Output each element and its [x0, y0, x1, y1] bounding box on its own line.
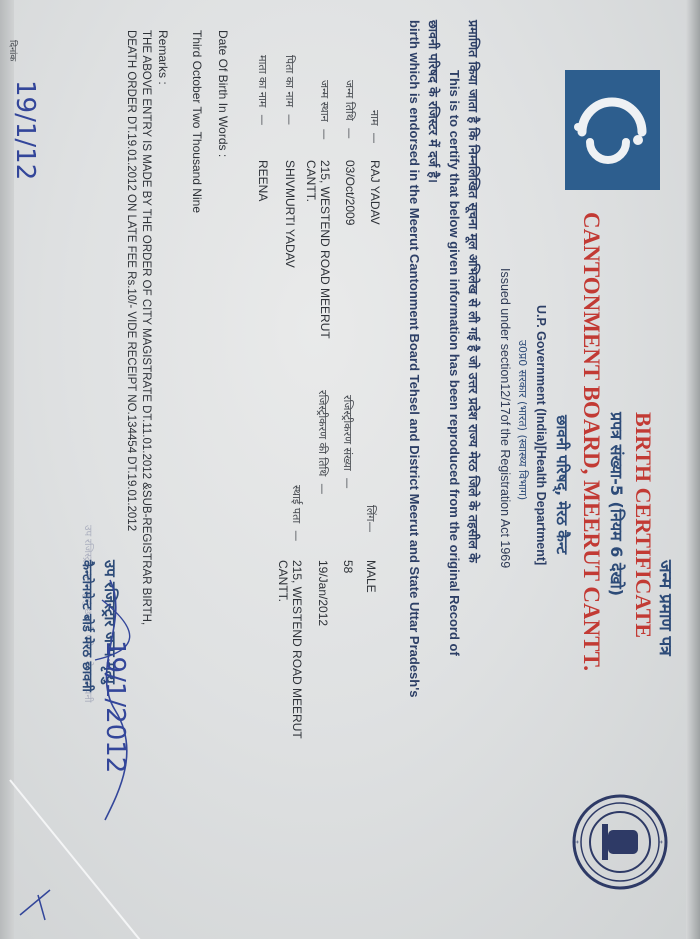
field-label-birthplace: जन्म स्थान —	[317, 80, 332, 140]
issuer-hindi: छावनी परिषद्, मेरठ कैन्ट	[552, 415, 572, 554]
field-value-sex: MALE	[364, 560, 378, 593]
field-label-permanent-address: स्थाई पता —	[289, 485, 304, 541]
field-value-name: RAJ YADAV	[368, 160, 382, 225]
field-label-dob: जन्म तिथि —	[342, 80, 357, 139]
certification-hindi-line-1: प्रमाणित किया जाता है कि निम्नलिखित सूचन…	[465, 20, 482, 563]
field-value-registration-number: 58	[341, 560, 355, 573]
form-number: प्रपत्र संख्या-5 (नियम 6 देखो)	[606, 412, 628, 596]
govt-line-hindi: उ0प्र0 सरकार (भारत) (स्वास्थ्य विभाग)	[515, 340, 530, 500]
field-value-birthplace-line2: CANTT.	[304, 160, 318, 202]
act-line: Issued under section12/17of the Registra…	[498, 268, 512, 568]
remarks-line-1: THE ABOVE ENTRY IS MADE BY THE ORDER OF …	[140, 30, 152, 625]
issue-date-handwritten: 19/1/12	[10, 80, 40, 180]
certification-english-line-1: This is to certify that below given info…	[447, 70, 462, 656]
issue-date-label: दिनांक	[7, 40, 20, 61]
field-value-father: SHIVMURTI YADAV	[283, 160, 297, 268]
field-value-permanent-address: 215, WESTEND ROAD MEERUT	[290, 560, 304, 739]
field-label-sex: लिंग—	[363, 505, 378, 533]
certification-english-line-2: birth which is endorsed in the Meerut Ca…	[407, 20, 422, 698]
field-value-mother: REENA	[256, 160, 270, 201]
field-value-registration-date: 19/Jan/2012	[316, 560, 330, 626]
field-value-permanent-address-line2: CANTT.	[276, 560, 290, 602]
handwritten-signature-icon	[0, 560, 160, 939]
remarks-line-2: DEATH ORDER DT.19.01.2012 ON LATE FEE Rs…	[125, 30, 137, 531]
field-label-registration-number: रजिस्ट्रीकरण संख्या —	[340, 395, 355, 489]
issuer-title: CANTONMENT BOARD, MEERUT CANTT.	[578, 212, 604, 671]
paper-edge	[686, 0, 700, 939]
certification-hindi-line-2: छावनी परिषद के रजिस्टर में दर्ज है।	[425, 20, 442, 183]
dob-words-value: Third October Two Thousand Nine	[190, 30, 204, 213]
field-value-birthplace: 215, WESTEND ROAD MEERUT	[318, 160, 332, 339]
field-value-dob: 03/Oct/2009	[343, 160, 357, 225]
english-title: BIRTH CERTIFICATE	[630, 412, 656, 638]
birth-certificate-document: जन्म प्रमाण पत्र BIRTH CERTIFICATE प्रपत…	[0, 0, 700, 939]
field-label-mother: माता का नाम —	[255, 55, 270, 125]
field-label-registration-date: रजिस्ट्रीकरण की तिथि —	[315, 390, 330, 494]
remarks-label: Remarks :	[156, 30, 170, 85]
svg-text:+: +	[573, 840, 579, 844]
cantonment-board-logo-icon	[565, 70, 660, 190]
svg-text:+: +	[657, 840, 663, 844]
official-seal-icon: + +	[570, 790, 670, 895]
field-label-father: पिता का नाम —	[282, 55, 297, 125]
field-label-name: नाम —	[367, 110, 382, 144]
dob-words-label: Date Of Birth In Words :	[216, 30, 230, 157]
hindi-title: जन्म प्रमाण पत्र	[655, 560, 678, 656]
govt-line: U.P. Government (India)[Health Departmen…	[534, 305, 548, 565]
